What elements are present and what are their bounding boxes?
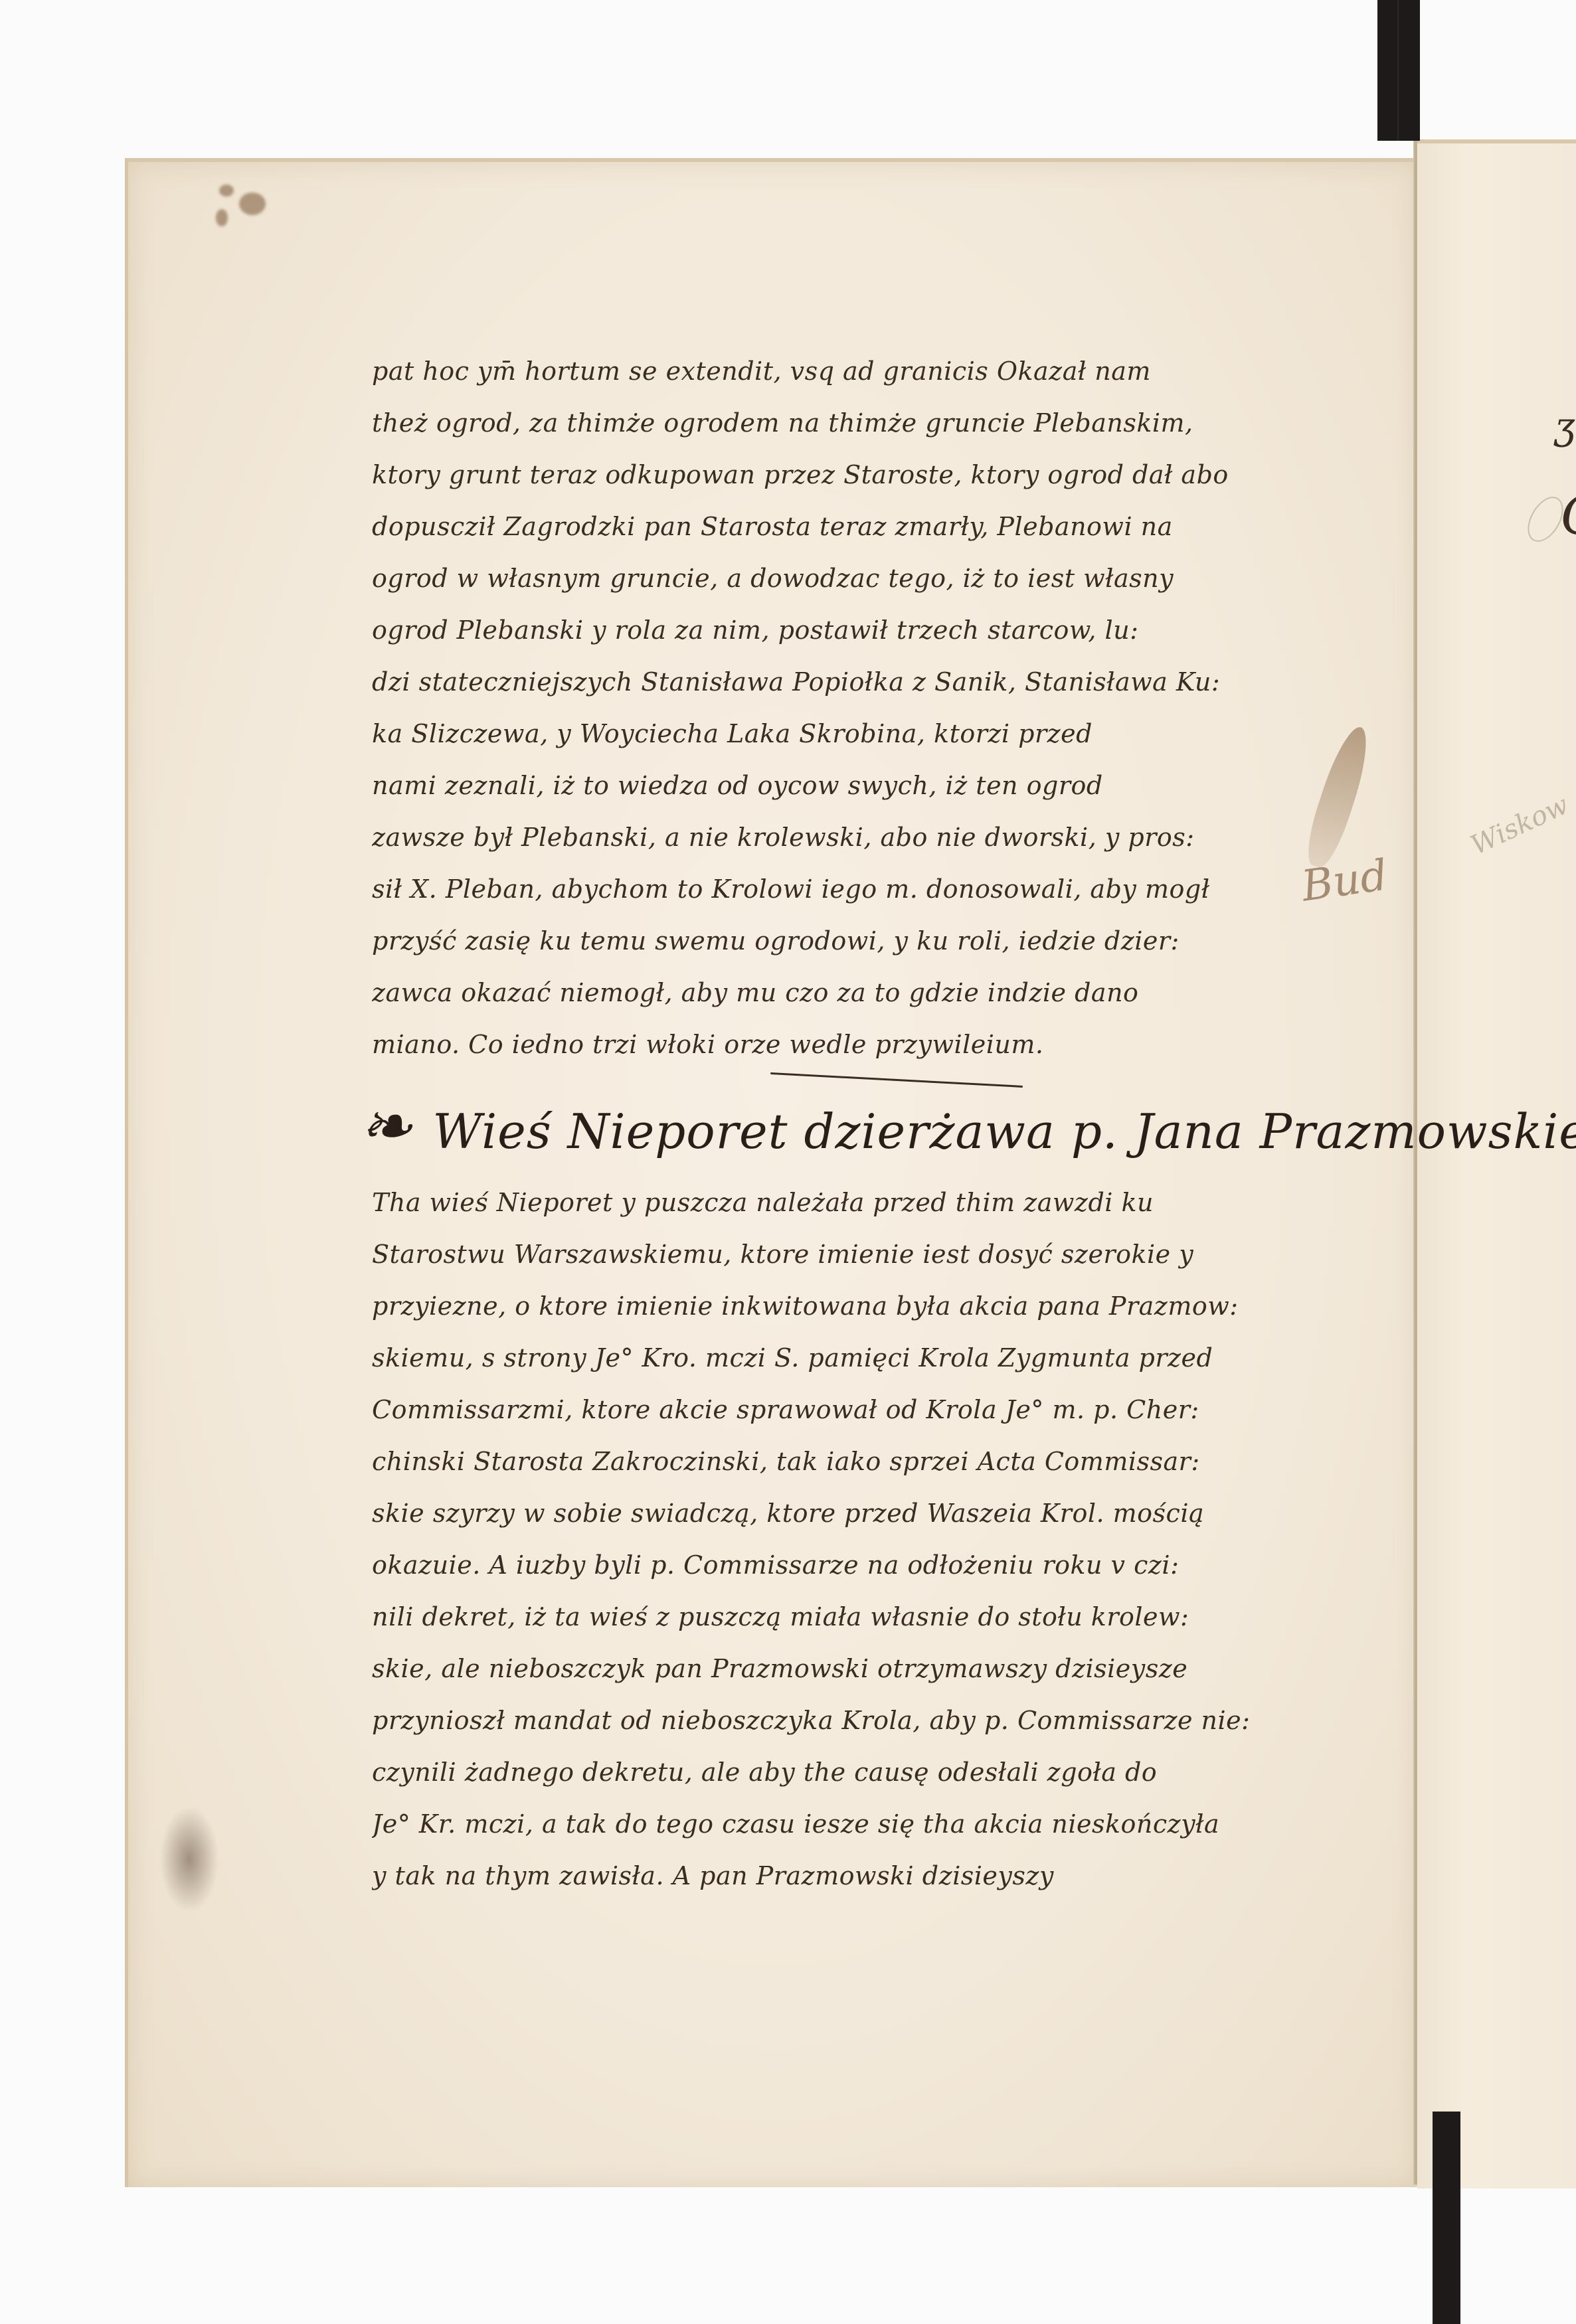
text-line: dzi stateczniejszych Stanisława Popiołka… [372,656,1302,708]
ink-stain [239,193,266,215]
text-line: czynili żadnego dekretu, ale aby the cau… [372,1746,1302,1798]
text-line: ktory grunt teraz odkupowan przez Staros… [372,449,1302,501]
bookmark-ribbon-bottom [1433,2112,1460,2324]
text-line: y tak na thym zawisła. A pan Prazmowski … [372,1850,1302,1902]
text-line: nami zeznali, iż to wiedza od oycow swyc… [372,760,1302,811]
text-line: sił X. Pleban, abychom to Krolowi iego m… [372,863,1302,915]
text-line: zawsze był Plebanski, a nie krolewski, a… [372,811,1302,863]
text-line: skie, ale nieboszczyk pan Prazmowski otr… [372,1643,1302,1695]
text-line: Starostwu Warszawskiemu, ktore imienie i… [372,1228,1302,1280]
text-line: skiemu, s strony Je° Kro. mczi S. pamięc… [372,1332,1302,1384]
text-line: Commissarzmi, ktore akcie sprawował od K… [372,1384,1302,1436]
text-line: przynioszł mandat od nieboszczyka Krola,… [372,1695,1302,1746]
ink-stain [216,209,228,226]
section-heading-text: Wieś Nieporet dzierżawa p. Jana Prazmows… [432,1104,1576,1159]
text-line: Tha wieś Nieporet y puszcza należała prz… [372,1177,1302,1228]
text-line: nili dekret, iż ta wieś z puszczą miała … [372,1591,1302,1643]
text-line: zawca okazać niemogł, aby mu czo za to g… [372,967,1302,1019]
bookmark-ribbon-top [1377,0,1420,141]
text-line: przyiezne, o ktore imienie inkwitowana b… [372,1280,1302,1332]
right-manuscript-page-edge [1417,139,1576,2189]
text-line: theż ogrod, za thimże ogrodem na thimże … [372,397,1302,449]
text-line: chinski Starosta Zakroczinski, tak iako … [372,1436,1302,1487]
right-page-text-fragment: O [1561,485,1576,546]
text-line: ogrod Plebanski y rola za nim, postawił … [372,604,1302,656]
text-line: miano. Co iedno trzi włoki orze wedle pr… [372,1019,1302,1070]
water-stain [159,1806,219,1912]
text-line: skie szyrzy w sobie swiadczą, ktore prze… [372,1487,1302,1539]
text-line: ogrod w własnym gruncie, a dowodzac tego… [372,552,1302,604]
ink-stain [219,185,234,197]
manuscript-text-body: pat hoc ym̄ hortum se extendit, vsq ad g… [372,345,1302,1902]
section-heading: ❧ Wieś Nieporet dzierżawa p. Jana Prazmo… [359,1080,1302,1173]
text-line: Je° Kr. mczi, a tak do tego czasu iesze … [372,1798,1302,1850]
text-line: pat hoc ym̄ hortum se extendit, vsq ad g… [372,345,1302,397]
text-line: ka Slizczewa, y Woyciecha Laka Skrobina,… [372,708,1302,760]
text-line: przyść zasię ku temu swemu ogrodowi, y k… [372,915,1302,967]
text-line: okazuie. A iuzby byli p. Commissarze na … [372,1539,1302,1591]
text-line: dopuscził Zagrodzki pan Starosta teraz z… [372,501,1302,552]
decorative-initial-icon: ❧ [359,1089,412,1163]
right-page-text-fragment: ʒ [1554,405,1575,448]
